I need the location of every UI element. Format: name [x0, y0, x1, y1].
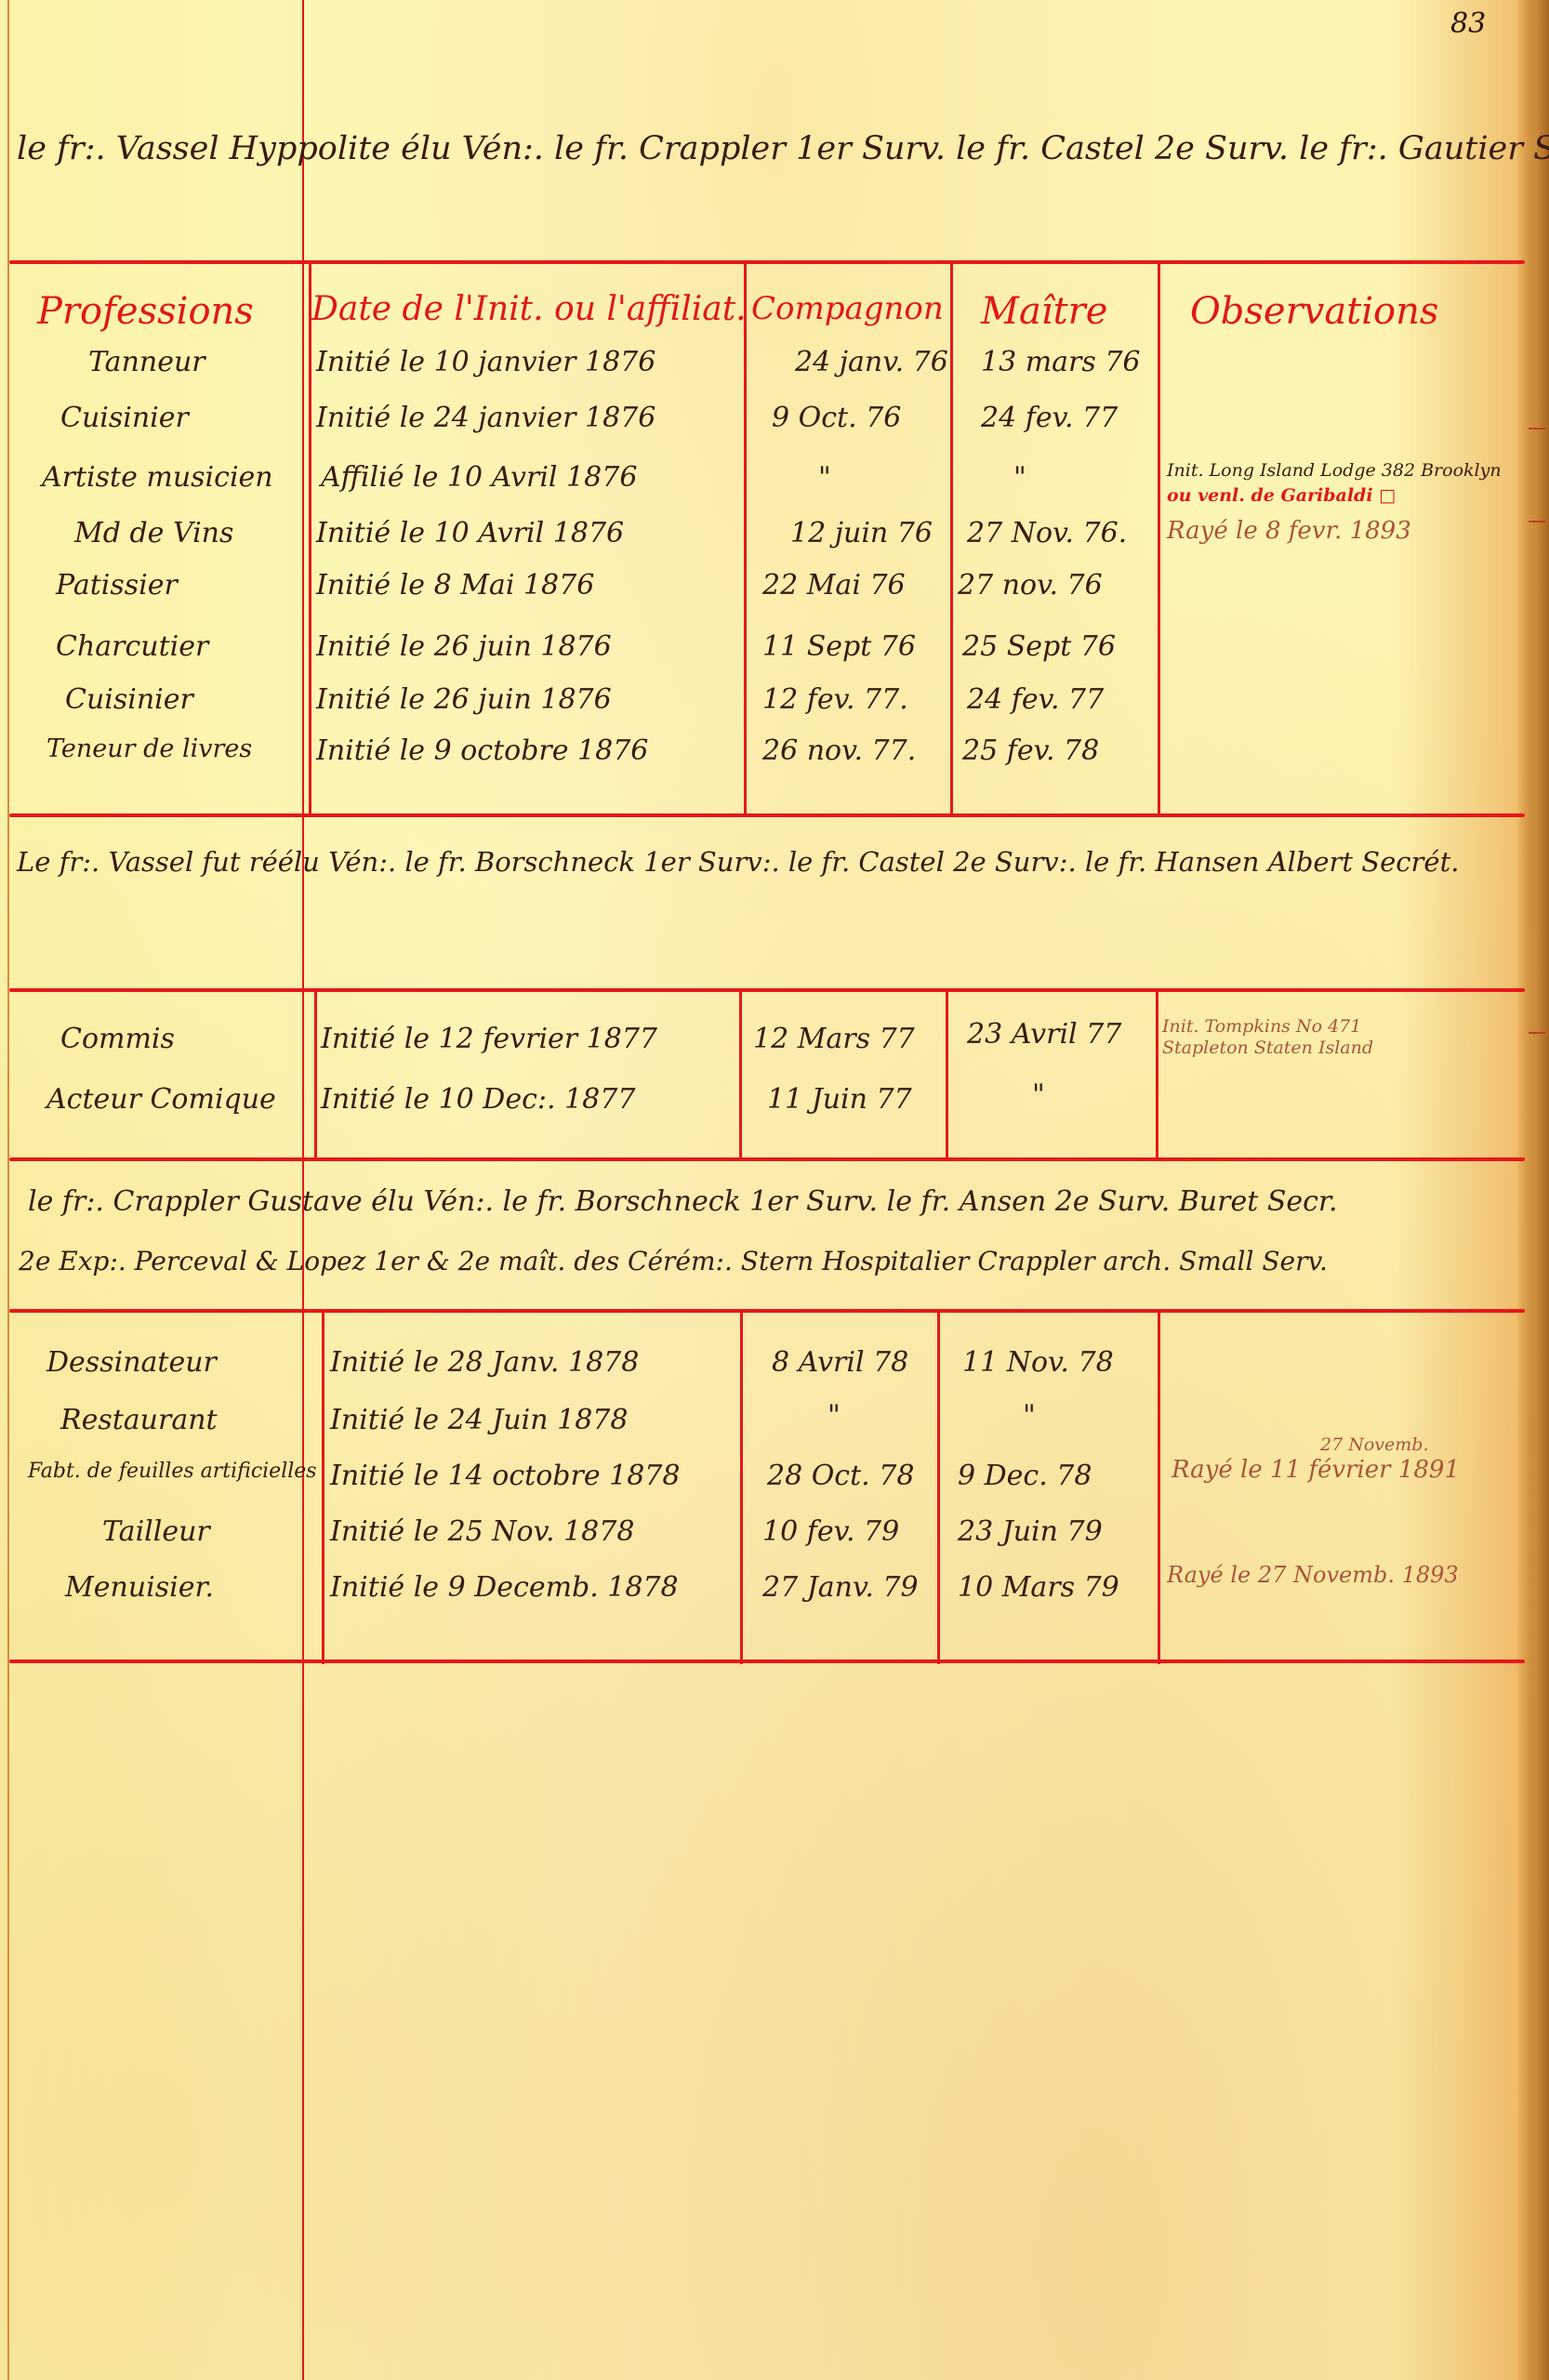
observations-column-rule — [1158, 262, 1160, 815]
header-date: Date de l'Init. ou l'affiliat. — [311, 290, 747, 328]
date-cell: Initié le 9 Decemb. 1878 — [330, 1571, 679, 1604]
observation-note: Init. Long Island Lodge 382 Brooklyn — [1167, 460, 1502, 481]
spine-tick — [1529, 428, 1545, 430]
date-column-rule — [314, 990, 317, 1157]
officers-1878-line2: 2e Exp:. Perceval & Lopez 1er & 2e maît.… — [19, 1246, 1328, 1276]
observation-note: Rayé le 11 février 1891 — [1172, 1456, 1460, 1484]
maitre-cell: 25 fev. 78 — [962, 734, 1099, 767]
profession-cell: Fabt. de feuilles artificielles — [28, 1460, 317, 1483]
compagnon-cell: 28 Oct. 78 — [767, 1460, 914, 1492]
spine-tick — [1529, 1032, 1545, 1034]
header-compagnon: Compagnon — [751, 290, 944, 327]
compagnon-cell: 26 nov. 77. — [762, 734, 916, 767]
profession-cell: Acteur Comique — [46, 1083, 276, 1116]
profession-cell: Teneur de livres — [46, 734, 252, 763]
profession-cell: Restaurant — [60, 1404, 218, 1436]
compagnon-cell: 12 juin 76 — [790, 517, 933, 549]
date-cell: Initié le 26 juin 1876 — [316, 630, 612, 663]
maitre-column-rule — [937, 1311, 940, 1664]
observations-column-rule — [1158, 1311, 1160, 1664]
ledger-page: 83 le fr:. Vassel Hyppolite élu Vén:. le… — [0, 0, 1549, 2380]
date-cell: Initié le 9 octobre 1876 — [316, 734, 648, 767]
compagnon-cell: 9 Oct. 76 — [772, 402, 901, 434]
profession-cell: Md de Vins — [74, 517, 233, 549]
date-column-rule — [309, 262, 311, 815]
header-top-rule — [9, 260, 1525, 264]
profession-cell: Dessinateur — [46, 1346, 217, 1379]
compagnon-cell: 22 Mai 76 — [762, 569, 906, 602]
maitre-cell: 27 nov. 76 — [958, 569, 1103, 602]
compagnon-cell: 24 janv. 76 — [795, 346, 948, 378]
profession-cell: Menuisier. — [65, 1571, 214, 1604]
officers-1878-line1: le fr:. Crappler Gustave élu Vén:. le fr… — [28, 1185, 1338, 1218]
page-number: 83 — [1450, 7, 1486, 40]
date-cell: Initié le 24 Juin 1878 — [330, 1404, 628, 1436]
section-rule — [9, 1157, 1525, 1161]
observation-note: ou venl. de Garibaldi □ — [1167, 485, 1396, 506]
observations-column-rule — [1156, 990, 1158, 1157]
date-cell: Initié le 26 juin 1876 — [316, 683, 612, 716]
maitre-cell: 13 mars 76 — [981, 346, 1141, 378]
profession-cell: Cuisinier — [60, 402, 189, 434]
compagnon-column-rule — [739, 990, 742, 1157]
date-cell: Initié le 10 janvier 1876 — [316, 346, 655, 378]
maitre-cell: " — [1032, 1078, 1045, 1111]
book-spine-edge — [1517, 0, 1549, 2380]
compagnon-cell: 11 Sept 76 — [762, 630, 916, 663]
maitre-cell: 24 fev. 77 — [967, 683, 1104, 716]
profession-cell: Charcutier — [56, 630, 208, 663]
maitre-cell: 23 Avril 77 — [967, 1018, 1121, 1051]
left-margin-rule — [7, 0, 9, 2380]
compagnon-cell: 12 fev. 77. — [762, 683, 908, 716]
profession-cell: Commis — [60, 1023, 175, 1055]
compagnon-cell: " — [818, 461, 831, 494]
section-rule — [9, 1309, 1525, 1313]
observation-note: Init. Tompkins No 471 — [1162, 1016, 1361, 1037]
maitre-column-rule — [946, 990, 948, 1157]
profession-cell: Artiste musicien — [42, 461, 273, 494]
section-rule — [9, 1659, 1525, 1663]
date-cell: Initié le 14 octobre 1878 — [330, 1460, 680, 1492]
header-observations: Observations — [1190, 290, 1438, 333]
date-cell: Initié le 28 Janv. 1878 — [330, 1346, 639, 1379]
spine-tick — [1529, 521, 1545, 522]
officers-1876-text: le fr:. Vassel Hyppolite élu Vén:. le fr… — [17, 130, 1549, 167]
header-professions: Professions — [37, 290, 254, 333]
compagnon-cell: 12 Mars 77 — [753, 1023, 915, 1055]
profession-cell: Tanneur — [88, 346, 205, 378]
date-cell: Initié le 12 fevrier 1877 — [321, 1023, 657, 1055]
maitre-cell: 11 Nov. 78 — [962, 1346, 1114, 1379]
date-cell: Initié le 24 janvier 1876 — [316, 402, 655, 434]
maitre-cell: 9 Dec. 78 — [958, 1460, 1092, 1492]
header-maitre: Maître — [981, 290, 1107, 333]
compagnon-column-rule — [744, 262, 747, 815]
profession-cell: Patissier — [56, 569, 178, 602]
officers-1877-text: Le fr:. Vassel fut réélu Vén:. le fr. Bo… — [17, 846, 1459, 878]
date-cell: Initié le 10 Avril 1876 — [316, 517, 624, 549]
maitre-cell: " — [1023, 1399, 1036, 1432]
date-cell: Initié le 10 Dec:. 1877 — [321, 1083, 635, 1116]
maitre-cell: " — [1013, 461, 1026, 494]
maitre-cell: 25 Sept 76 — [962, 630, 1116, 663]
observation-note: Rayé le 27 Novemb. 1893 — [1167, 1562, 1459, 1588]
date-column-rule — [322, 1311, 324, 1664]
observation-note-superscript: 27 Novemb. — [1320, 1435, 1428, 1455]
date-cell: Initié le 25 Nov. 1878 — [330, 1515, 634, 1548]
maitre-cell: 27 Nov. 76. — [967, 517, 1127, 549]
section-rule — [9, 988, 1525, 992]
compagnon-cell: 8 Avril 78 — [772, 1346, 908, 1379]
compagnon-cell: 10 fev. 79 — [762, 1515, 899, 1548]
compagnon-cell: 11 Juin 77 — [767, 1083, 912, 1116]
maitre-cell: 10 Mars 79 — [958, 1571, 1119, 1604]
section-rule — [9, 813, 1525, 817]
observation-note: Rayé le 8 fevr. 1893 — [1167, 517, 1411, 545]
compagnon-column-rule — [740, 1311, 743, 1664]
compagnon-cell: 27 Janv. 79 — [762, 1571, 919, 1604]
profession-cell: Cuisinier — [65, 683, 193, 716]
observation-note: Stapleton Staten Island — [1162, 1038, 1373, 1058]
maitre-column-rule — [950, 262, 953, 815]
date-cell: Affilié le 10 Avril 1876 — [321, 461, 637, 494]
profession-cell: Tailleur — [102, 1515, 210, 1548]
maitre-cell: 24 fev. 77 — [981, 402, 1118, 434]
date-cell: Initié le 8 Mai 1876 — [316, 569, 594, 602]
maitre-cell: 23 Juin 79 — [958, 1515, 1103, 1548]
compagnon-cell: " — [827, 1399, 841, 1432]
